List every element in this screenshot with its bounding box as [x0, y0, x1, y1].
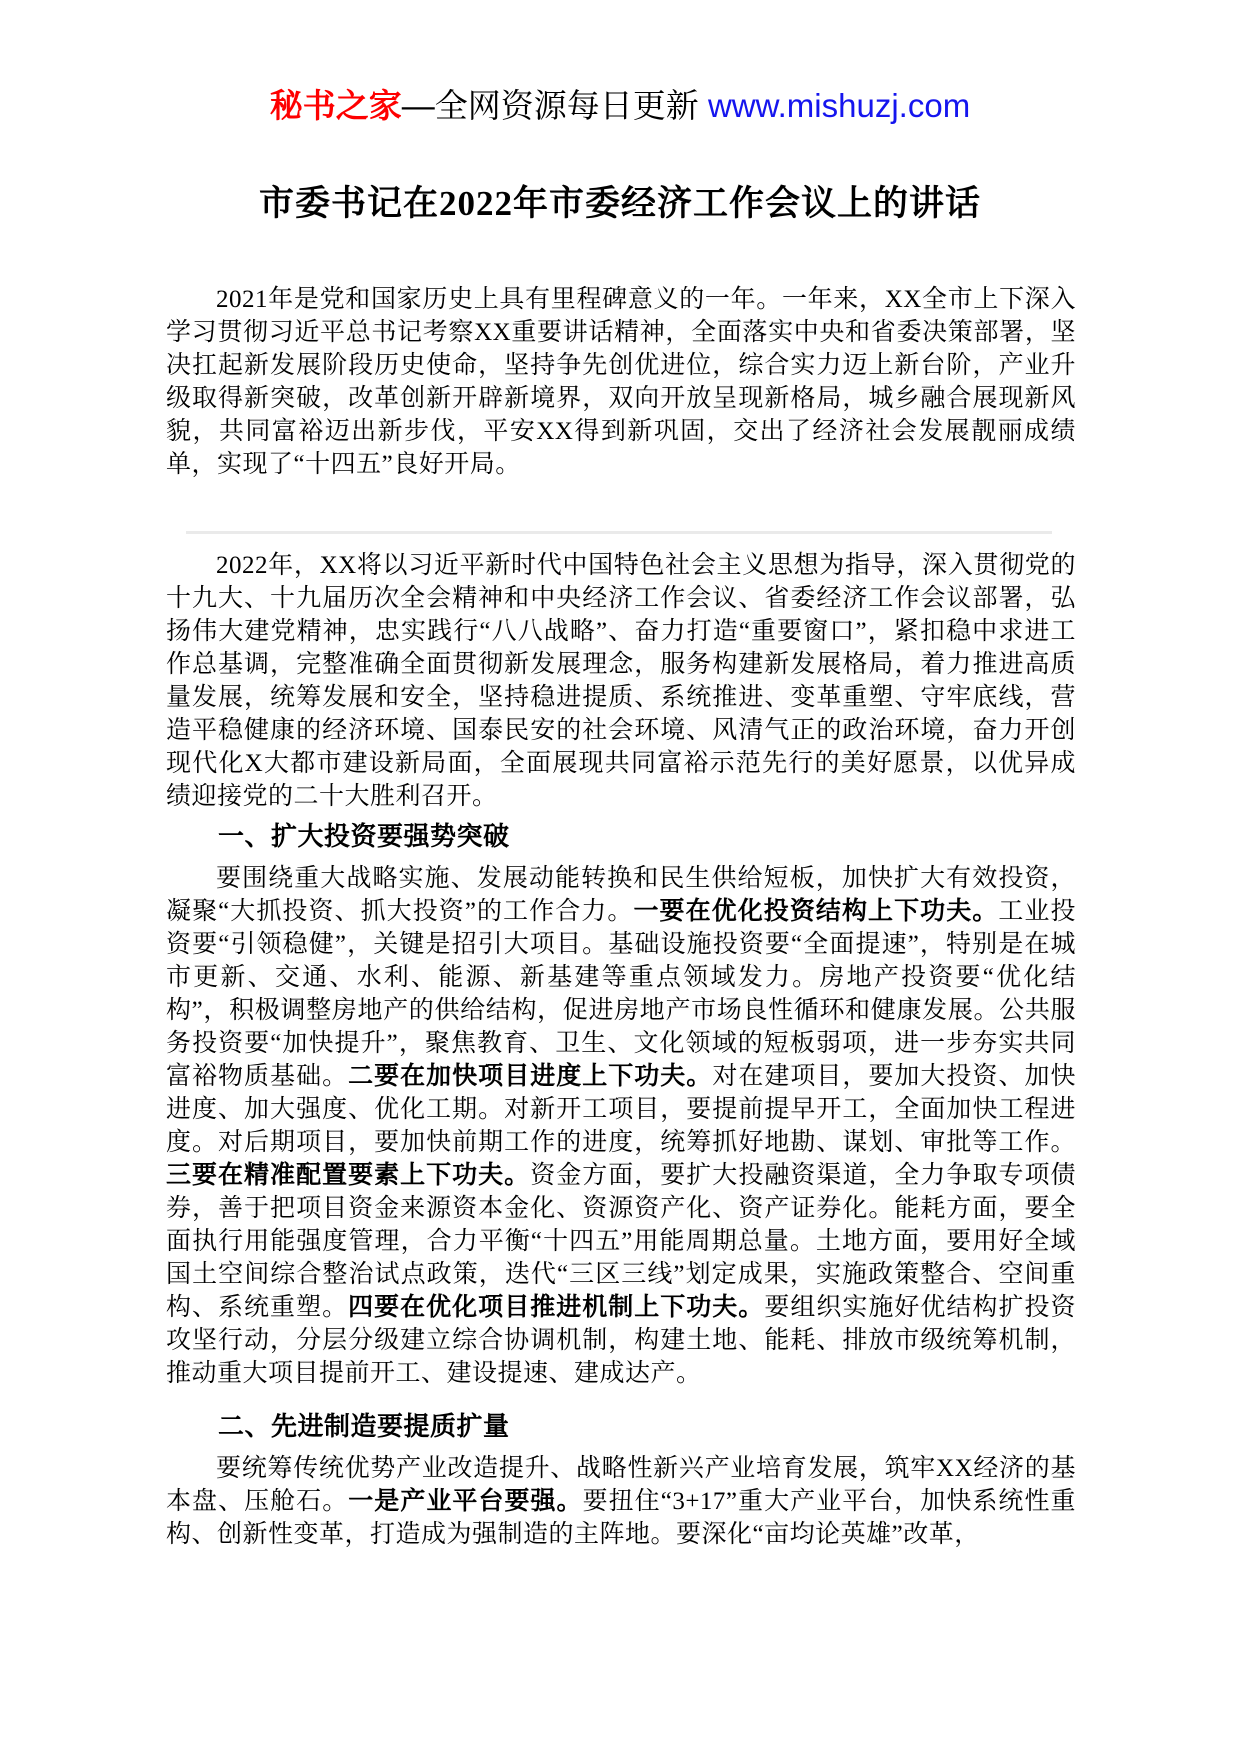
- bold-run: 一、扩大投资要强势突破: [218, 821, 510, 851]
- section-divider: [186, 531, 1052, 534]
- bold-run: 一是产业平台要强。: [348, 1488, 582, 1515]
- section-heading-1: 一、扩大投资要强势突破: [166, 818, 1076, 854]
- text-run: 2022年，XX将以习近平新时代中国特色社会主义思想为指导，深入贯彻党的十九大、…: [166, 552, 1076, 810]
- body-paragraph: 2021年是党和国家历史上具有里程碑意义的一年。一年来，XX全市上下深入学习贯彻…: [166, 283, 1076, 481]
- bold-run: 二、先进制造要提质扩量: [218, 1411, 510, 1441]
- site-brand: 秘书之家: [270, 87, 402, 124]
- text-run: 工业投资要“引领稳健”，关键是招引大项目。基础设施投资要“全面提速”，特别是在城…: [166, 898, 1076, 1090]
- site-url-link[interactable]: www.mishuzj.com: [708, 87, 970, 124]
- bold-run: 一要在优化投资结构上下功夫。: [633, 898, 998, 925]
- document-page: 秘书之家—全网资源每日更新 www.mishuzj.com 市委书记在2022年…: [0, 0, 1240, 1754]
- site-tagline: —全网资源每日更新: [402, 87, 708, 124]
- bold-run: 二要在加快项目进度上下功夫。: [348, 1063, 712, 1090]
- site-header: 秘书之家—全网资源每日更新 www.mishuzj.com: [0, 86, 1240, 126]
- document-body: 2021年是党和国家历史上具有里程碑意义的一年。一年来，XX全市上下深入学习贯彻…: [166, 283, 1076, 1551]
- document-title: 市委书记在2022年市委经济工作会议上的讲话: [0, 182, 1240, 226]
- section-heading-2: 二、先进制造要提质扩量: [166, 1408, 1076, 1444]
- body-paragraph: 要统筹传统优势产业改造提升、战略性新兴产业培育发展，筑牢XX经济的基本盘、压舱石…: [166, 1452, 1076, 1551]
- body-paragraph: 2022年，XX将以习近平新时代中国特色社会主义思想为指导，深入贯彻党的十九大、…: [166, 549, 1076, 813]
- text-run: 2021年是党和国家历史上具有里程碑意义的一年。一年来，XX全市上下深入学习贯彻…: [166, 286, 1076, 478]
- body-paragraph: 要围绕重大战略实施、发展动能转换和民生供给短板，加快扩大有效投资，凝聚“大抓投资…: [166, 862, 1076, 1390]
- bold-run: 三要在精准配置要素上下功夫。: [166, 1162, 530, 1189]
- bold-run: 四要在优化项目推进机制上下功夫。: [348, 1294, 764, 1321]
